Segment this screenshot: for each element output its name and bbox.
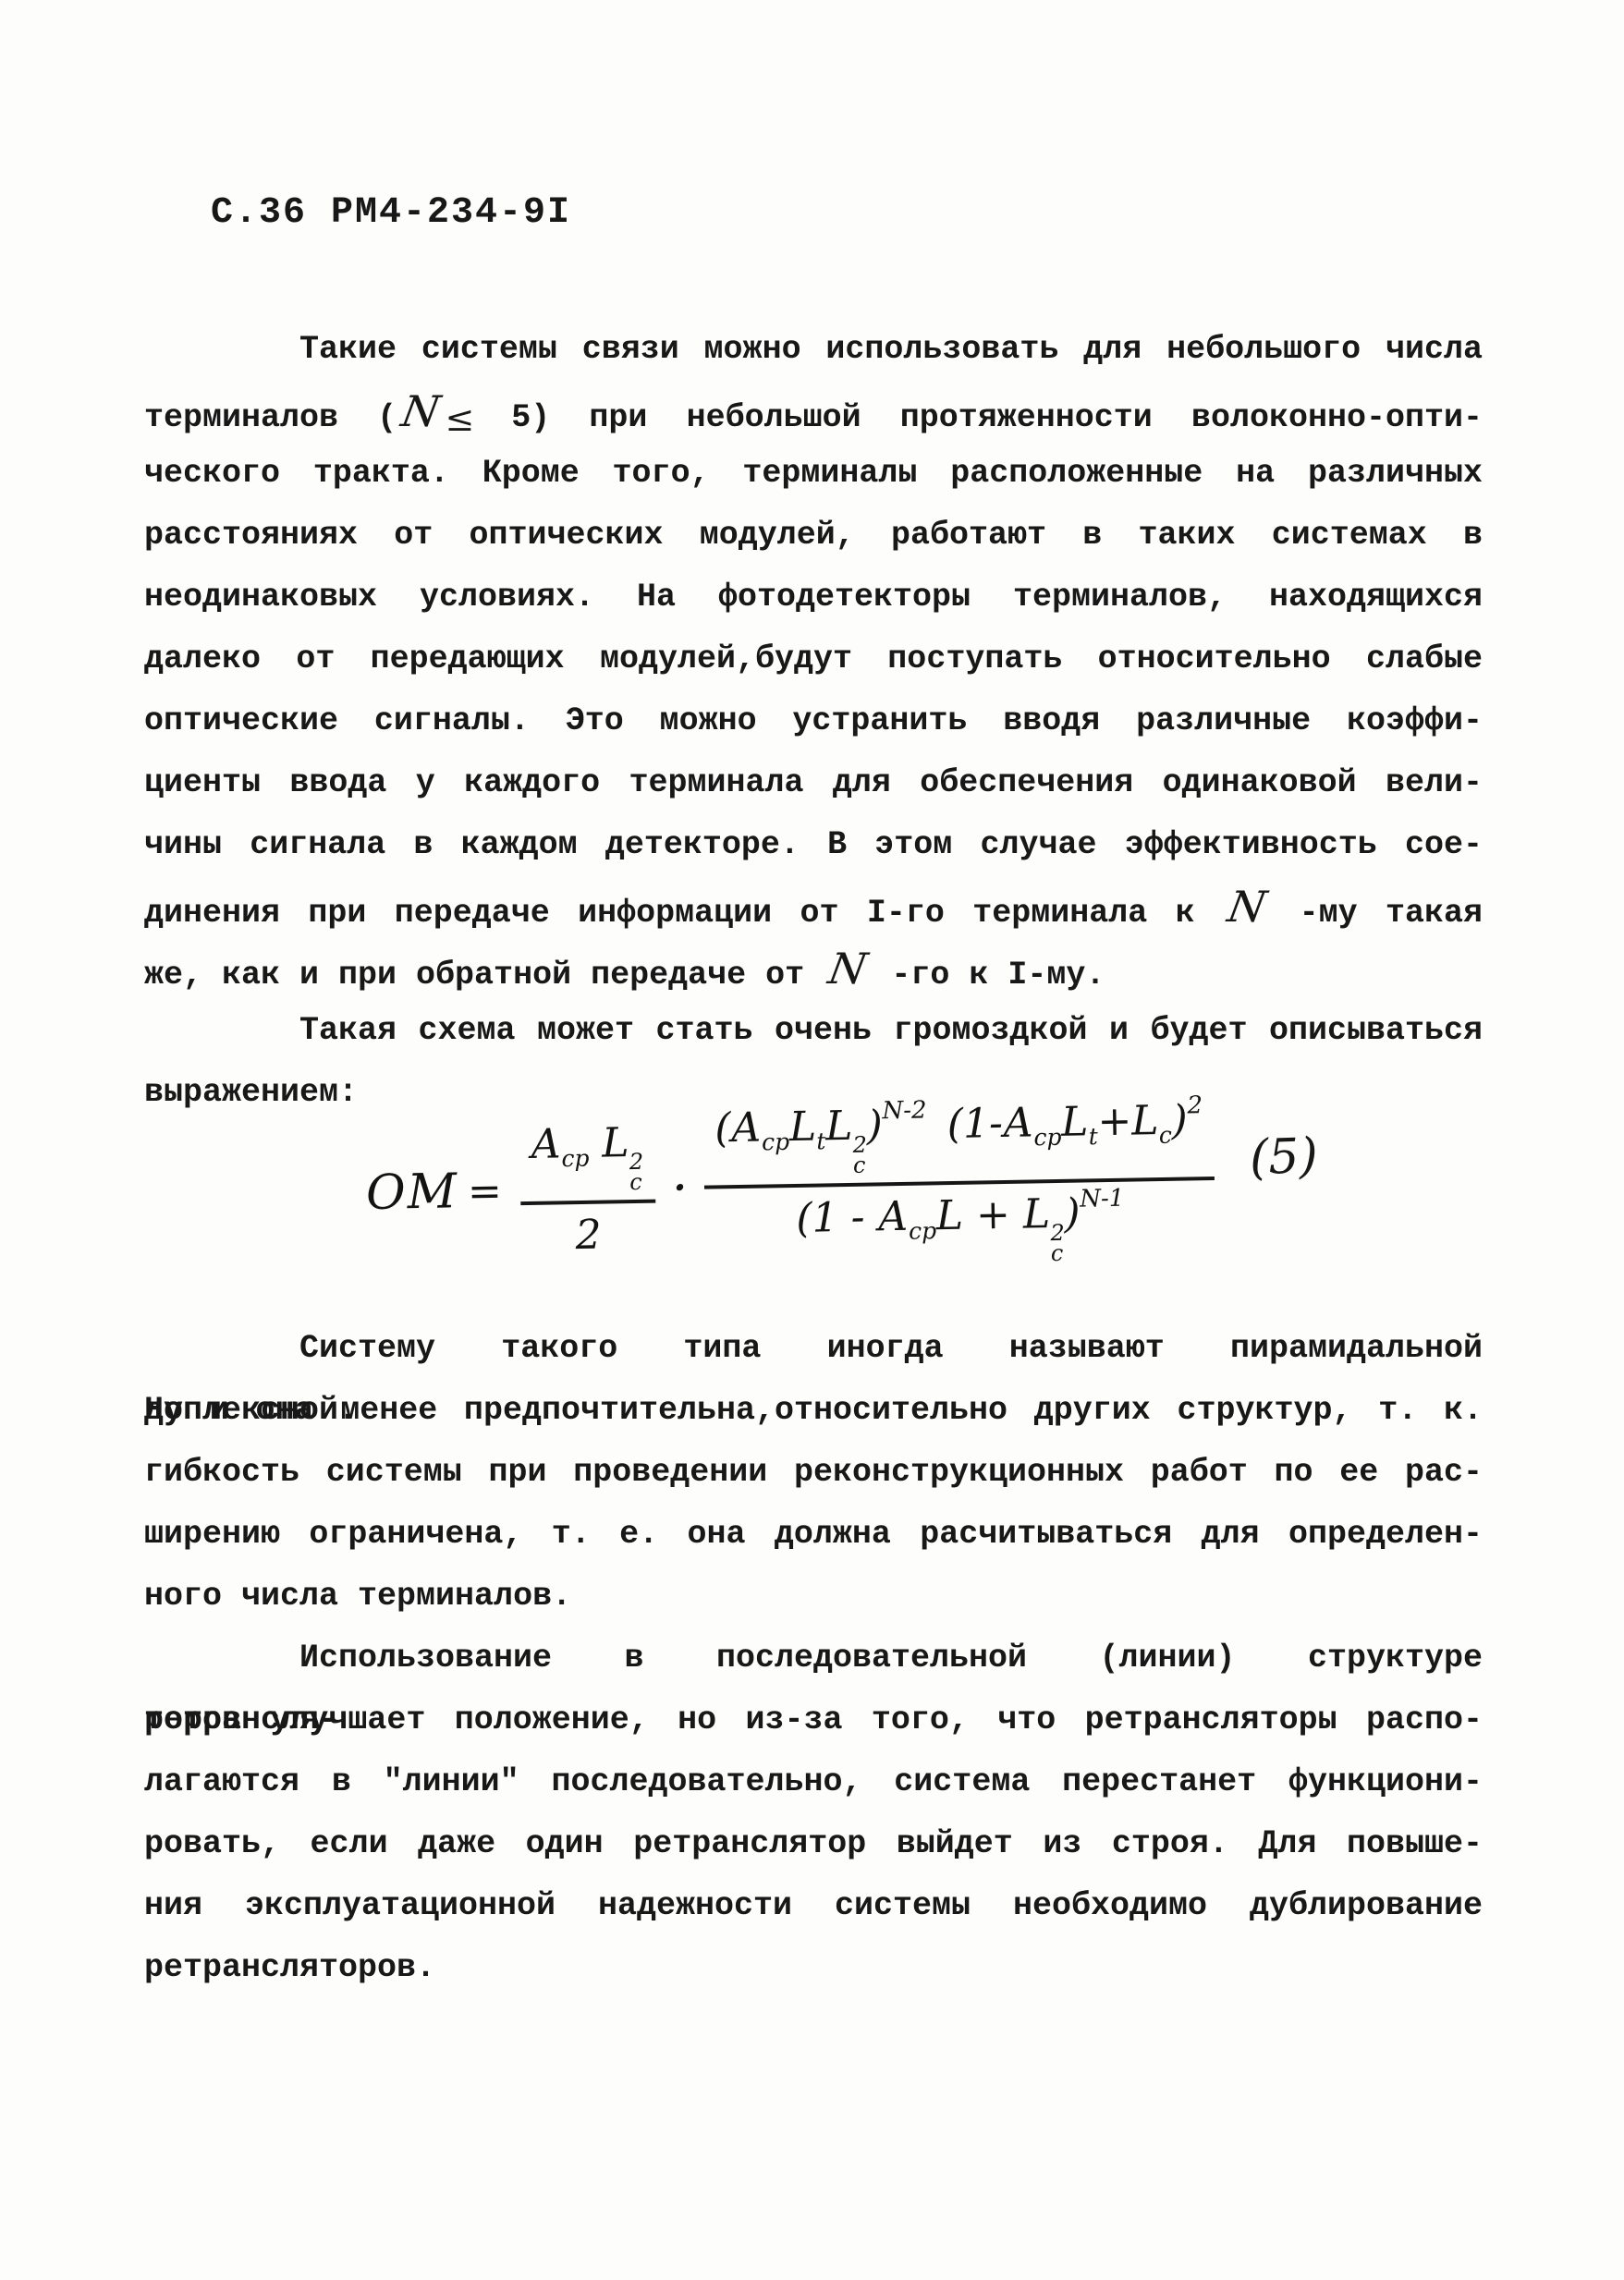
text-line-10: динения при передаче информации от I-го …	[144, 876, 1483, 938]
equation-lhs: ОМ	[366, 1164, 459, 1221]
equation-number: (5)	[1249, 1128, 1319, 1187]
var-A: А	[1002, 1099, 1033, 1147]
multiplication-dot: ·	[671, 1157, 689, 1217]
text-line-04: расстояниях от оптических модулей, работ…	[144, 505, 1483, 567]
text-line-02-start: терминалов (	[144, 399, 397, 436]
paren-open: (	[714, 1104, 731, 1152]
plus-sign: +	[976, 1191, 1011, 1239]
digit-1: 1	[963, 1100, 990, 1147]
text-line-15: Но и она менее предпочтительна,относител…	[144, 1380, 1483, 1442]
text-line-19: Использование в последовательной (линии)…	[144, 1628, 1483, 1689]
sub-sup-stack: 2c	[1050, 1223, 1065, 1263]
handwritten-n-symbol: N	[391, 381, 450, 443]
sub-c: c	[1051, 1243, 1064, 1263]
text-line-08: циенты ввода у каждого терминала для обе…	[144, 752, 1483, 814]
text-line-02: терминалов (N≤5) при небольшой протяженн…	[144, 381, 1483, 443]
fraction-2-numerator: (АсрLtL2c)N-2(1-АсрLt+Lc)2	[703, 1096, 1215, 1189]
handwritten-n-symbol: N	[818, 938, 877, 1000]
text-line-09: чины сигнала в каждом детекторе. В этом …	[144, 814, 1483, 876]
page-header: С.36 РМ4-234-9I	[211, 192, 571, 234]
text-line-18: ного числа терминалов.	[144, 1566, 1483, 1628]
exponent-n-minus-1: N-1	[1080, 1185, 1125, 1213]
fraction-1: Аср L2c 2	[519, 1119, 655, 1261]
text-line-12: Такая схема может стать очень громоздкой…	[144, 1000, 1483, 1062]
handwritten-n-symbol: N	[1217, 876, 1276, 938]
text-line-11-end: -го к I-му.	[891, 957, 1105, 994]
text-line-24: ретрансляторов.	[144, 1937, 1483, 1999]
sub-c: c	[853, 1155, 866, 1176]
text-line-06: далеко от передающих модулей,будут посту…	[144, 628, 1483, 690]
sub-t: t	[1088, 1123, 1098, 1150]
sub-sup-stack: 2c	[852, 1135, 867, 1176]
text-line-20: торов улучшает положение, но из-за того,…	[144, 1689, 1483, 1751]
text-line-03: ческого тракта. Кроме того, терминалы ра…	[144, 443, 1483, 505]
var-L: L	[602, 1119, 629, 1167]
sub-sr: ср	[762, 1128, 790, 1156]
text-line-11-start: же, как и при обратной передаче от	[144, 957, 804, 994]
text-line-05: неодинаковых условиях. На фотодетекторы …	[144, 567, 1483, 628]
document-page: С.36 РМ4-234-9I Такие системы связи можн…	[0, 0, 1624, 2280]
sub-sr: ср	[561, 1145, 590, 1173]
paren-close: )	[1064, 1190, 1081, 1238]
var-L: L	[825, 1103, 853, 1151]
var-L: L	[1022, 1190, 1050, 1238]
numerator-group-2: (1-АсрLt+Lc)2	[946, 1096, 1203, 1148]
text-line-01: Такие системы связи можно использовать д…	[144, 319, 1483, 381]
minus-sign: -	[989, 1100, 1004, 1147]
equation-body: ОМ = Аср L2c 2 · (АсрLtL2c)N-2(1-АсрLt+L…	[365, 1096, 1222, 1275]
var-L: L	[1061, 1098, 1089, 1146]
text-line-02-end: 5) при небольшой протяженности волоконно…	[474, 399, 1483, 436]
text-line-10-start: динения при передаче информации от I-го …	[144, 895, 1195, 932]
text-line-22: ровать, если даже один ретранслятор выйд…	[144, 1813, 1483, 1875]
minus-sign: -	[850, 1194, 865, 1241]
sub-sr: ср	[909, 1217, 937, 1245]
paren-open: (	[796, 1195, 812, 1242]
plus-sign: +	[1097, 1098, 1132, 1146]
sub-sup-stack: 2c	[629, 1152, 644, 1192]
text-line-21: лагаются в "линии" последовательно, сист…	[144, 1751, 1483, 1813]
exponent-2: 2	[1187, 1092, 1203, 1120]
sub-c: c	[629, 1172, 642, 1192]
text-line-14: Систему такого типа иногда называют пира…	[144, 1318, 1483, 1380]
fraction-2-denominator: (1 - АсрL + L2c)N-1	[796, 1182, 1126, 1268]
paren-close: )	[1171, 1097, 1188, 1144]
var-A: А	[530, 1120, 561, 1168]
paren-open: (	[946, 1101, 963, 1148]
var-A: А	[877, 1193, 909, 1241]
text-line-17: ширению ограничена, т. е. она должна рас…	[144, 1504, 1483, 1566]
var-L: L	[788, 1103, 816, 1152]
sub-c: c	[1159, 1122, 1173, 1149]
exponent-n-minus-2: N-2	[882, 1097, 927, 1126]
text-line-07: оптические сигналы. Это можно устранить …	[144, 690, 1483, 752]
text-line-10-end: -му такая	[1300, 895, 1483, 932]
text-line-16: гибкость системы при проведении реконстр…	[144, 1442, 1483, 1504]
text-line-23: ния эксплуатационной надежности системы …	[144, 1875, 1483, 1937]
fraction-1-numerator: Аср L2c	[519, 1119, 654, 1206]
paren-close: )	[866, 1102, 883, 1149]
document-body: Такие системы связи можно использовать д…	[144, 319, 1483, 1999]
var-L: L	[935, 1192, 963, 1240]
sub-sr: ср	[1033, 1124, 1062, 1152]
fraction-1-denominator: 2	[575, 1204, 602, 1259]
equation-5-block: ОМ = Аср L2c 2 · (АсрLtL2c)N-2(1-АсрLt+L…	[144, 1085, 1483, 1318]
text-line-11: же, как и при обратной передаче от N -го…	[144, 938, 1483, 1000]
equals-sign: =	[467, 1167, 502, 1215]
digit-1: 1	[812, 1194, 838, 1241]
var-A: А	[730, 1104, 762, 1152]
numerator-group-1: (АсрLtL2c)N-2	[714, 1101, 927, 1152]
handwritten-le-symbol: ≤	[445, 398, 474, 439]
var-L: L	[1131, 1097, 1159, 1145]
fraction-2: (АсрLtL2c)N-2(1-АсрLt+Lc)2 (1 - АсрL + L…	[703, 1096, 1216, 1270]
